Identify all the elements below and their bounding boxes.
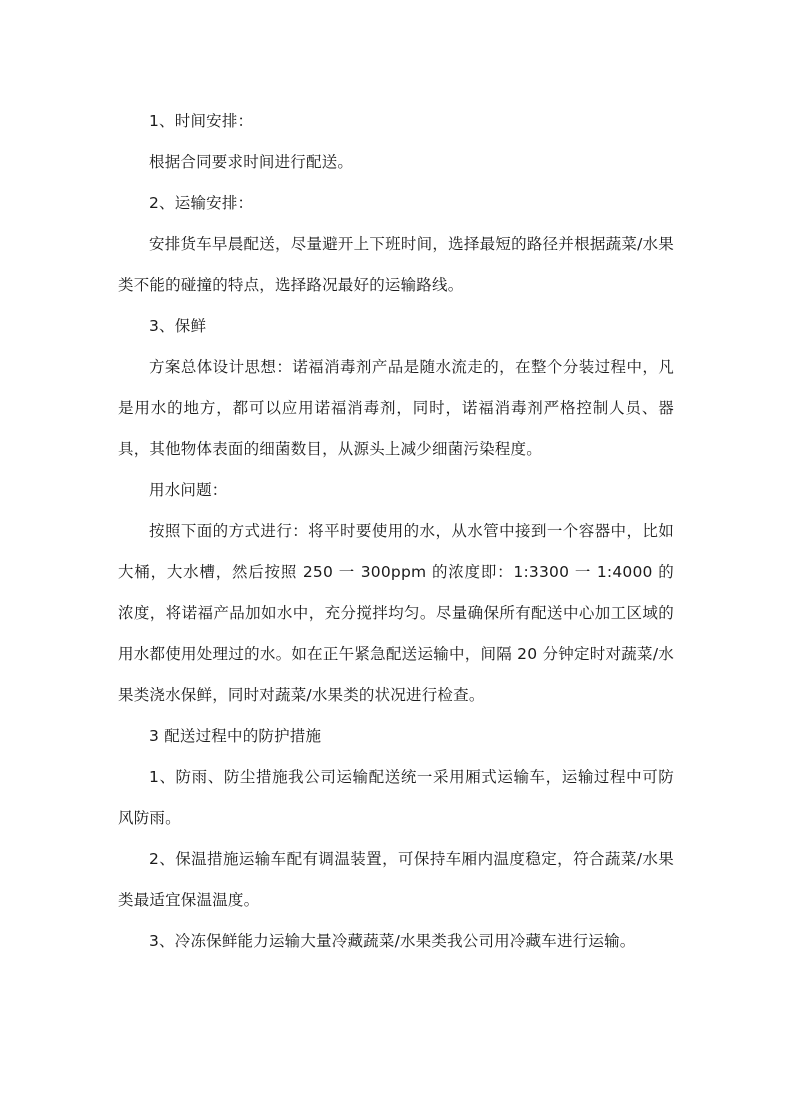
paragraph-insulation: 2、保温措施运输车配有调温装置，可保持车厢内温度稳定，符合蔬菜/水果类最适宜保温… [118,839,674,921]
paragraph-rain-dust-protection: 1、防雨、防尘措施我公司运输配送统一采用厢式运输车，运输过程中可防风防雨。 [118,757,674,839]
heading-time-arrangement: 1、时间安排： [118,101,674,142]
paragraph-refrigeration: 3、冷冻保鲜能力运输大量冷藏蔬菜/水果类我公司用冷藏车进行运输。 [118,921,674,962]
paragraph-time-arrangement: 根据合同要求时间进行配送。 [118,142,674,183]
heading-transport-arrangement: 2、运输安排： [118,183,674,224]
document-page: 1、时间安排： 根据合同要求时间进行配送。 2、运输安排： 安排货车早晨配送，尽… [118,101,674,962]
paragraph-design-concept: 方案总体设计思想：诺福消毒剂产品是随水流走的，在整个分装过程中，凡是用水的地方，… [118,347,674,470]
paragraph-transport-arrangement: 安排货车早晨配送，尽量避开上下班时间，选择最短的路径并根据蔬菜/水果类不能的碰撞… [118,224,674,306]
heading-water-issue: 用水问题： [118,470,674,511]
heading-protection-measures: 3 配送过程中的防护措施 [118,716,674,757]
paragraph-water-method: 按照下面的方式进行：将平时要使用的水，从水管中接到一个容器中，比如大桶，大水槽，… [118,511,674,716]
heading-preservation: 3、保鲜 [118,306,674,347]
